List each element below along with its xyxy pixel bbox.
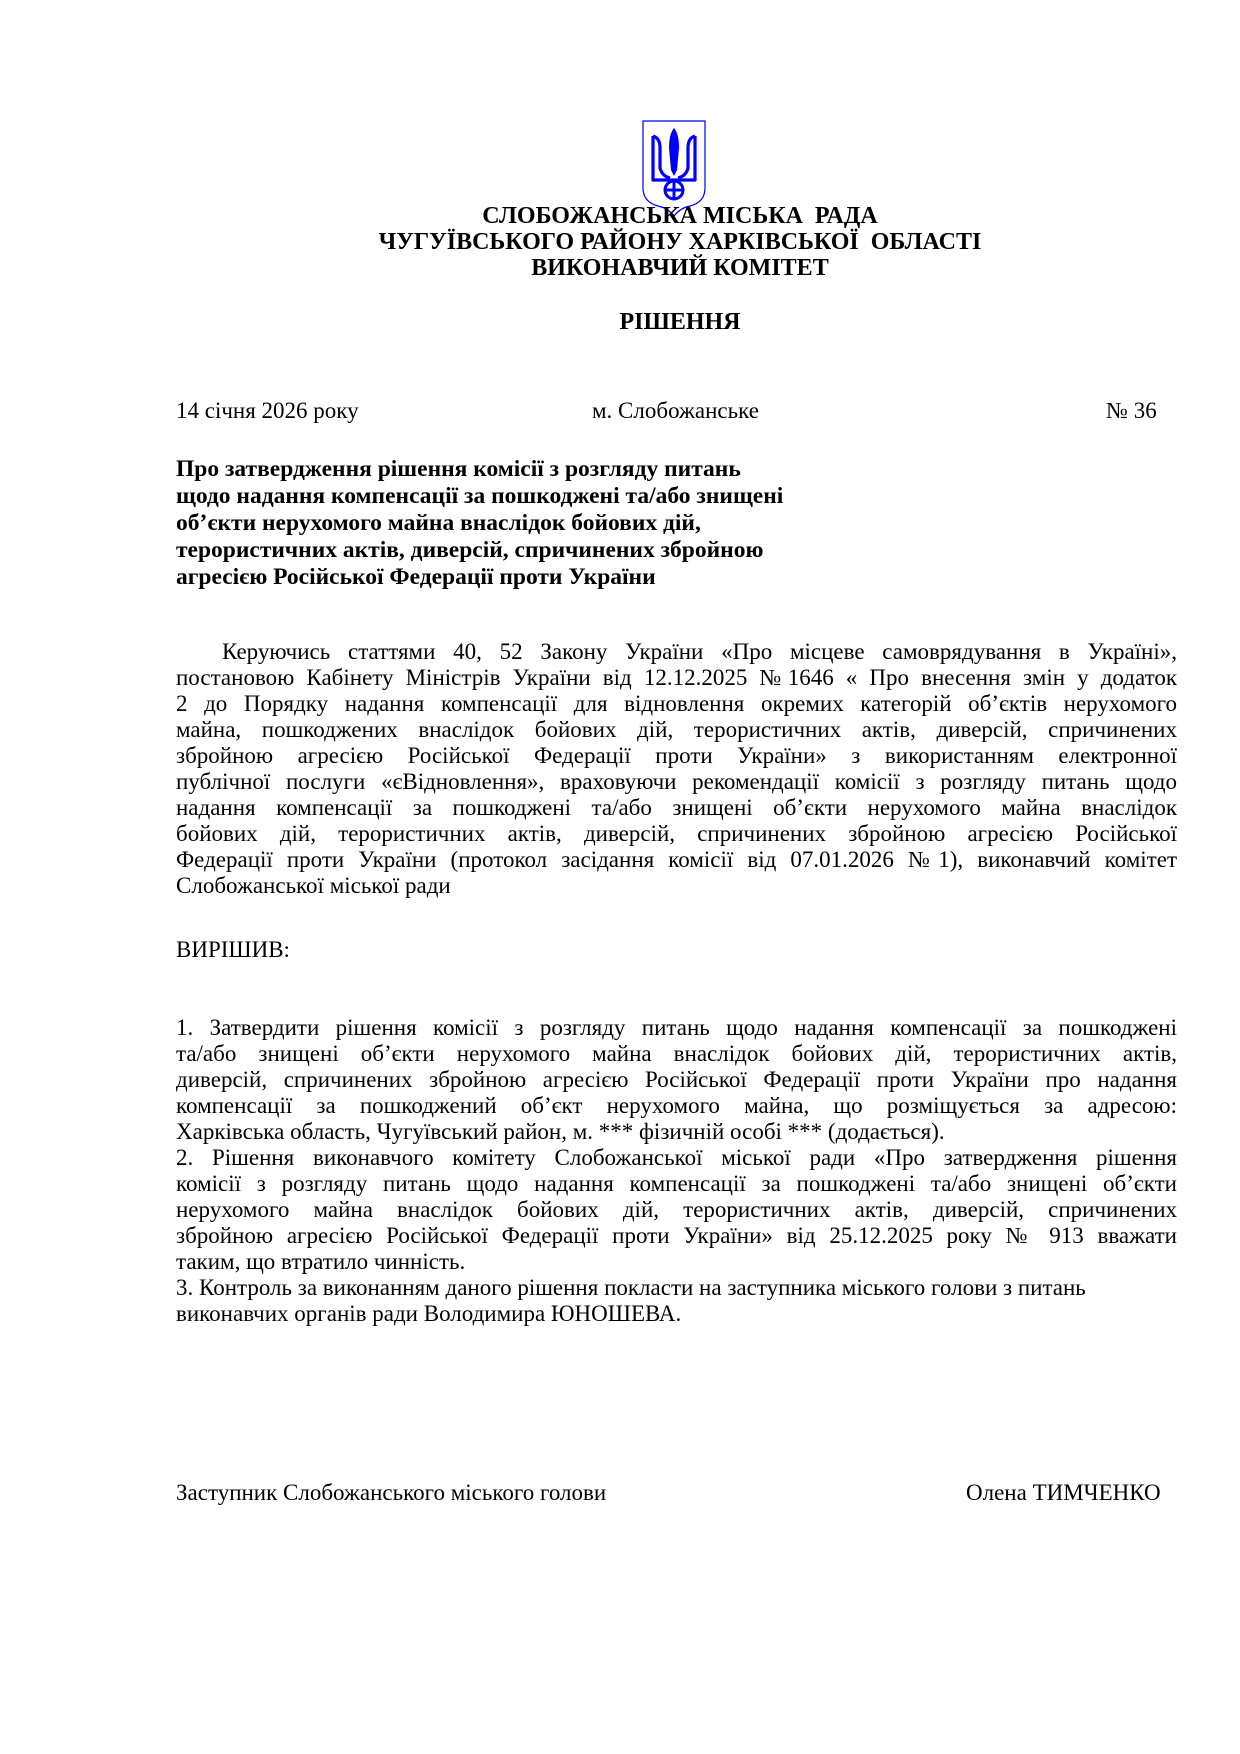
decision-place: м. Слобожанське	[592, 396, 759, 426]
signatory-position: Заступник Слобожанського міського голови	[176, 1478, 606, 1508]
signatory-name: Олена ТИМЧЕНКО	[966, 1478, 1161, 1508]
title-line: терористичних актів, диверсій, спричинен…	[176, 535, 763, 565]
doc-type-heading: РІШЕННЯ	[0, 307, 1240, 337]
document-page: СЛОБОЖАНСЬКА МІСЬКА РАДА ЧУГУЇВСЬКОГО РА…	[0, 0, 1240, 1754]
org-name-line3: ВИКОНАВЧИЙ КОМІТЕТ	[0, 253, 1240, 283]
decision-date: 14 січня 2026 року	[176, 396, 359, 426]
decided-label: ВИРІШИВ:	[176, 935, 290, 965]
title-line: об’єкти нерухомого майна внаслідок бойов…	[176, 508, 701, 538]
title-line: агресією Російської Федерації проти Укра…	[176, 562, 656, 592]
title-line: Про затвердження рішення комісії з розгл…	[176, 454, 741, 484]
decision-number: № 36	[1106, 396, 1157, 426]
title-line: щодо надання компенсації за пошкоджені т…	[176, 481, 783, 511]
item-line: виконавчих органів ради Володимира ЮНОШЕ…	[176, 1299, 681, 1329]
preamble-line: Слобожанської міської ради	[176, 871, 451, 901]
